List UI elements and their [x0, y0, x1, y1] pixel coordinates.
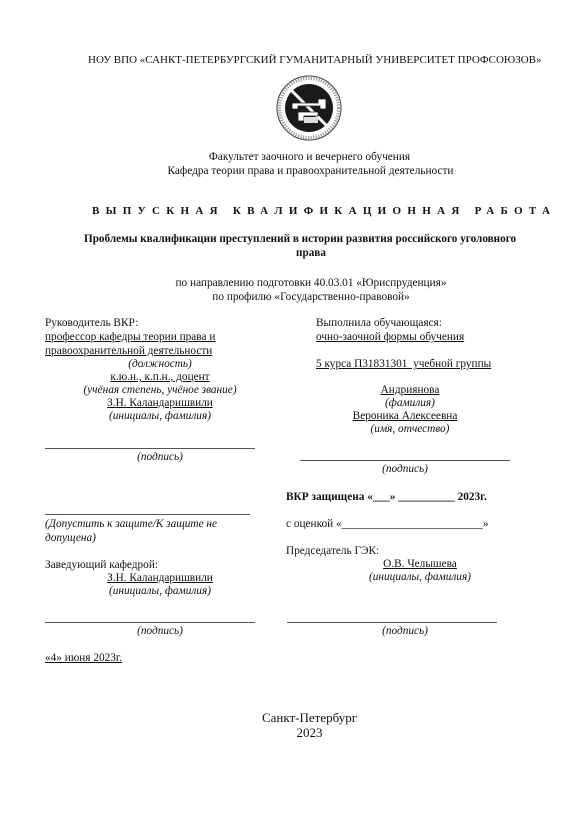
head-of-department-signature-caption: (подпись)	[45, 624, 275, 638]
student-first-names-caption: (имя, отчество)	[340, 422, 480, 436]
student-surname-caption: (фамилия)	[340, 396, 480, 410]
admission-decision-line[interactable]	[45, 514, 250, 515]
defense-grade[interactable]: с оценкой «_________________________»	[286, 517, 489, 531]
supervisor-position-caption: (должность)	[120, 357, 200, 371]
admission-caption-line-1: (Допустить к защите/К защите не	[45, 517, 217, 531]
work-type-heading: ВЫПУСКНАЯ КВАЛИФИКАЦИОННАЯ РАБОТА	[92, 204, 556, 218]
supervisor-name-caption: (инициалы, фамилия)	[80, 409, 240, 423]
student-group: 5 курса П31831301 учебной группы	[316, 357, 491, 371]
department-name: Кафедра теории права и правоохранительно…	[0, 164, 579, 178]
faculty-name: Факультет заочного и вечернего обучения	[0, 150, 579, 164]
commission-chair-label: Председатель ГЭК:	[286, 544, 379, 558]
commission-chair-signature-line[interactable]	[287, 622, 497, 623]
supervisor-degree: к.ю.н., к.п.н., доцент	[80, 370, 240, 384]
student-signature-line[interactable]	[300, 460, 510, 461]
institution-name: НОУ ВПО «САНКТ-ПЕТЕРБУРГСКИЙ ГУМАНИТАРНЫ…	[88, 53, 542, 67]
student-first-names: Вероника Алексеевна	[330, 409, 480, 423]
university-seal-icon	[276, 75, 342, 141]
supervisor-signature-line[interactable]	[45, 448, 255, 449]
topic-line-1: Проблемы квалификации преступлений в ист…	[84, 232, 516, 246]
supervisor-position-line-2: правоохранительной деятельности	[45, 344, 212, 358]
city: Санкт-Петербург	[0, 710, 579, 726]
supervisor-label: Руководитель ВКР:	[45, 316, 138, 330]
head-of-department-label: Заведующий кафедрой:	[45, 558, 158, 572]
student-surname: Андриянова	[340, 383, 480, 397]
supervisor-signature-caption: (подпись)	[45, 450, 275, 464]
head-of-department-name: З.Н. Каландаришвили	[80, 571, 240, 585]
head-of-department-signature-line[interactable]	[45, 622, 255, 623]
supervisor-name: З.Н. Каландаришвили	[80, 396, 240, 410]
study-direction: по направлению подготовки 40.03.01 «Юрис…	[0, 276, 579, 290]
commission-chair-name: О.В. Челышева	[350, 557, 490, 571]
topic-line-2: права	[0, 246, 579, 260]
commission-chair-name-caption: (инициалы, фамилия)	[340, 570, 500, 584]
supervisor-degree-caption: (учёная степень, учёное звание)	[60, 383, 260, 397]
student-signature-caption: (подпись)	[300, 462, 510, 476]
student-study-form: очно-заочной формы обучения	[316, 330, 464, 344]
admission-caption-line-2: допущена)	[45, 531, 96, 545]
student-label: Выполнила обучающаяся:	[316, 316, 442, 330]
signing-date: «4» июня 2023г.	[45, 651, 122, 665]
defense-status[interactable]: ВКР защищена «___» __________ 2023г.	[286, 490, 487, 504]
supervisor-position-line-1: профессор кафедры теории права и	[45, 330, 215, 344]
commission-chair-signature-caption: (подпись)	[300, 624, 510, 638]
head-of-department-name-caption: (инициалы, фамилия)	[80, 584, 240, 598]
year: 2023	[0, 725, 579, 741]
study-profile: по профилю «Государственно-правовой»	[0, 290, 579, 304]
